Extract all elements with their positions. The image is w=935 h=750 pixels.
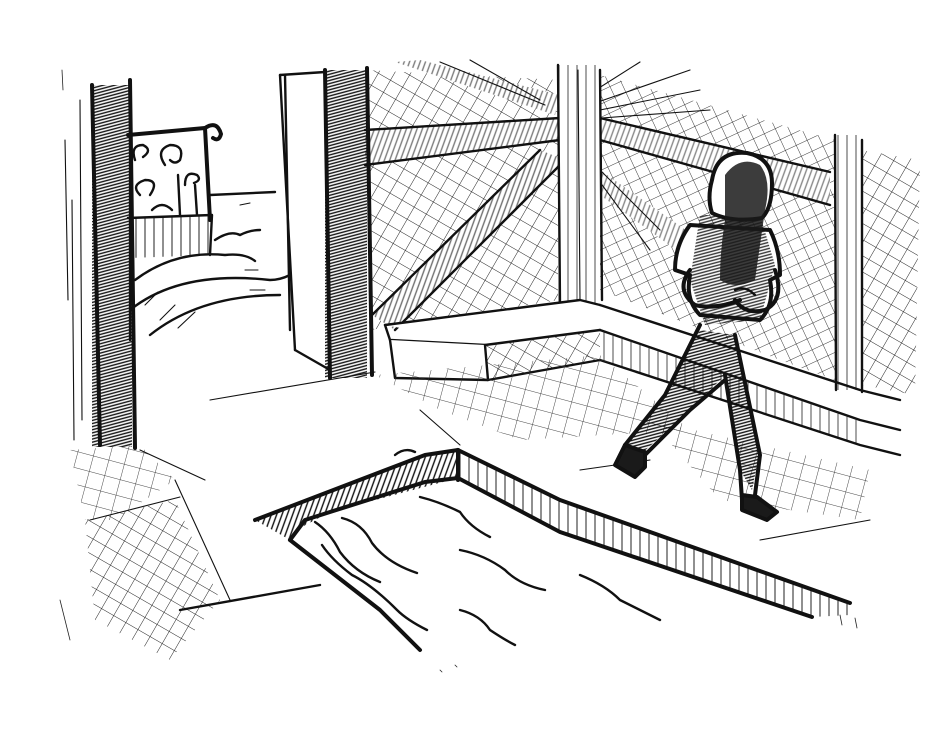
right-post xyxy=(835,135,863,392)
doorway-bedroom xyxy=(128,75,290,340)
ink-illustration xyxy=(0,0,935,750)
dark-wall-post xyxy=(325,68,372,378)
left-door-post xyxy=(65,80,135,448)
bed-headboard xyxy=(128,125,221,220)
central-post xyxy=(558,65,602,305)
